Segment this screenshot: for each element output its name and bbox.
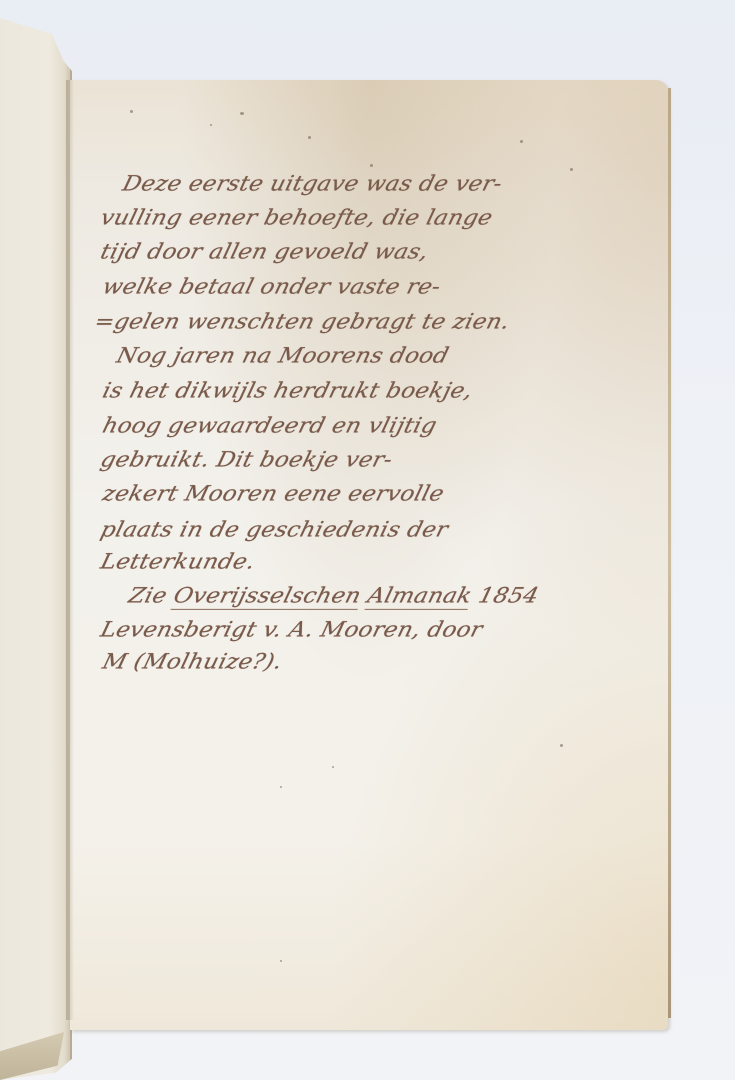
text-line-6: Nog jaren na Moorens dood [114, 344, 451, 368]
handwritten-text: Deze eerste uitgave was de ver- vulling … [70, 80, 668, 1030]
citation-line-3: M (Molhuize?). [100, 650, 285, 674]
text-line-4: welke betaal onder vaste re- [100, 275, 443, 299]
text-line-5: =gelen wenschten gebragt te zien. [92, 310, 512, 334]
text-line-12: Letterkunde. [98, 550, 258, 574]
citation-line-1: Zie Overijsselschen Almanak 1854 [126, 584, 541, 608]
spine-shadow [66, 80, 74, 1020]
citation-prefix: Zie [126, 584, 170, 608]
text-line-2: vulling eener behoefte, die lange [98, 206, 495, 230]
citation-source-title: Almanak [365, 584, 475, 610]
text-line-7: is het dikwijls herdrukt boekje, [100, 379, 475, 403]
manuscript-page: Deze eerste uitgave was de ver- vulling … [70, 80, 668, 1030]
text-line-8: hoog gewaardeerd en vlijtig [100, 414, 439, 438]
book-flyleaf [0, 18, 72, 1080]
citation-source-underlined: Overijsselschen [171, 584, 364, 610]
text-line-10: zekert Mooren eene eervolle [100, 482, 447, 506]
citation-year: 1854 [476, 584, 541, 608]
text-line-3: tijd door allen gevoeld was, [98, 240, 431, 264]
text-line-11: plaats in de geschiedenis der [98, 518, 451, 542]
citation-line-2: Levensberigt v. A. Mooren, door [98, 618, 485, 642]
text-line-1: Deze eerste uitgave was de ver- [120, 172, 505, 196]
text-line-9: gebruikt. Dit boekje ver- [98, 448, 395, 472]
